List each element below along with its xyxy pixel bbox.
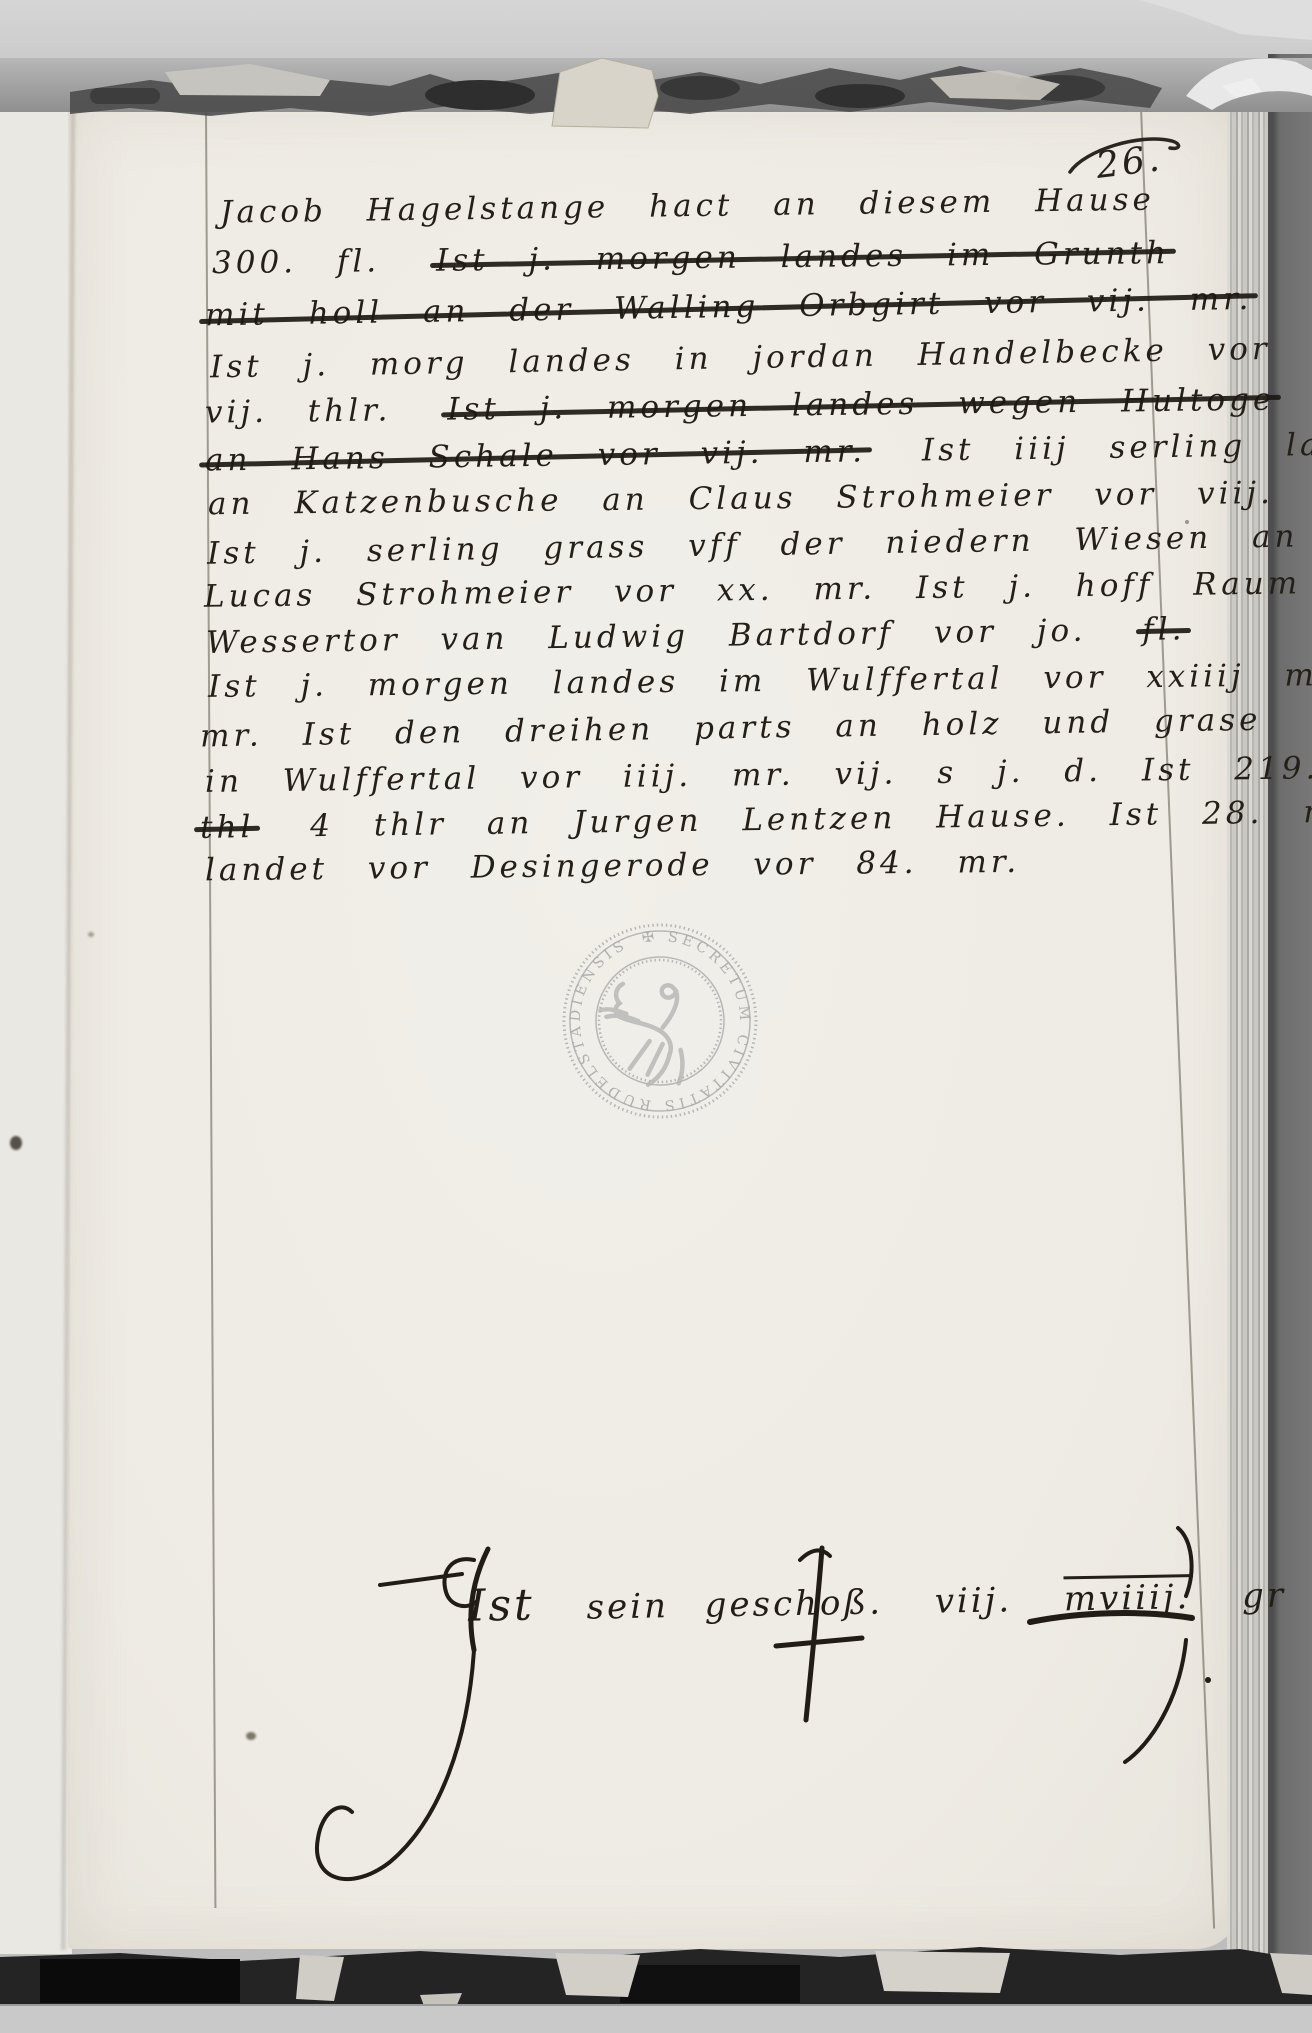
text-segment: 300. fl. (212, 243, 380, 281)
text-segment: vij. thlr. (205, 392, 392, 430)
seal-legend: ✠ SECRETUM CIVITATIS RUDELSTADIENSIS (548, 909, 772, 1132)
text-segment-struck: fl. (1142, 611, 1186, 648)
ink-speck (88, 932, 94, 937)
sum-segment: sein geschoß. (586, 1583, 883, 1628)
text-segment-struck: Ist j. morgen landes im Grunth (436, 235, 1170, 279)
bottom-torn-edge (0, 1935, 1312, 2033)
svg-text:✠ SECRETUM CIVITATIS RUDELSTAD: ✠ SECRETUM CIVITATIS RUDELSTADIENSIS (548, 909, 772, 1132)
sum-segment: mviiij. (1064, 1577, 1191, 1619)
sum-segment: gr (1242, 1575, 1287, 1616)
text-segment-struck: thl (200, 809, 255, 846)
sum-segment: viij. (934, 1580, 1012, 1621)
ink-speck (246, 1732, 256, 1740)
seal-lion-icon (596, 972, 698, 1098)
text-segment: Ist iiij serling landes (922, 426, 1312, 469)
ink-speck (10, 1136, 22, 1150)
sum-flourish (0, 1500, 1312, 1920)
scanned-manuscript-page: 26. Jacob Hagelstange hact an diesem Hau… (0, 0, 1312, 2033)
sum-segment: Ist (468, 1580, 536, 1632)
ink-speck (1185, 520, 1189, 524)
folio-number: 26. (1094, 138, 1165, 187)
